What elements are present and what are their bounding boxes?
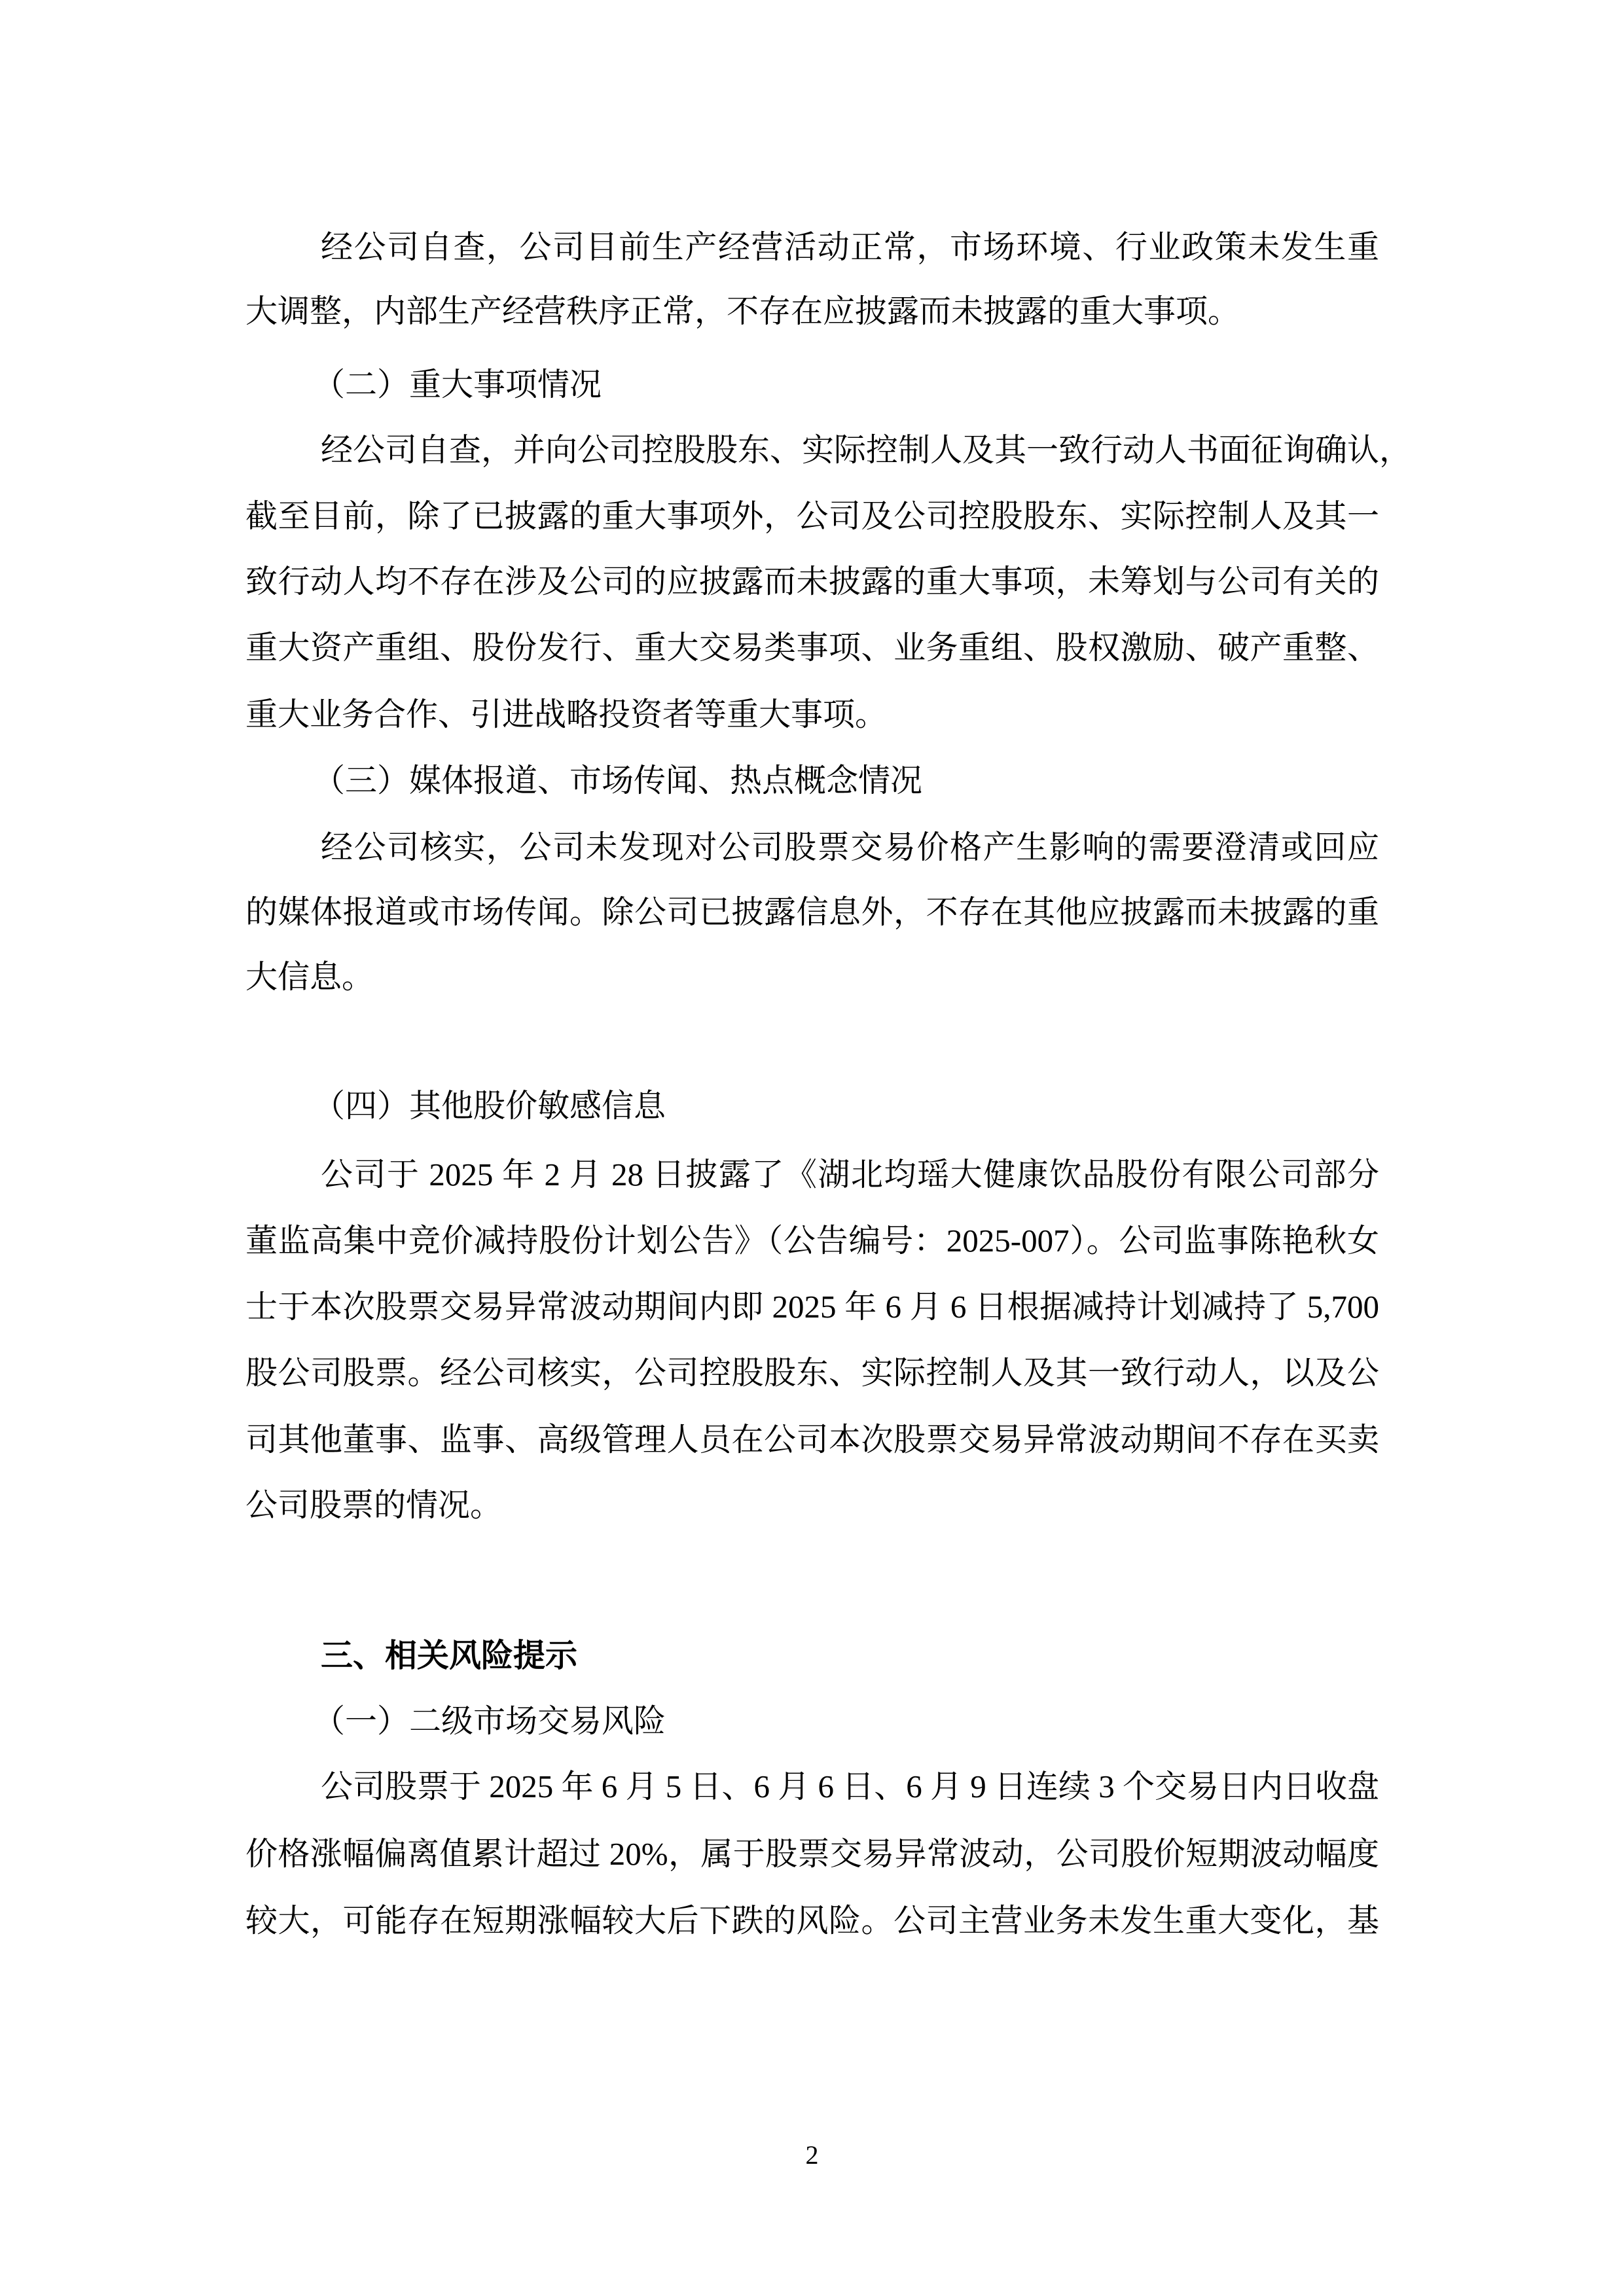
paragraph-line: 公司于 2025 年 2 月 28 日披露了《湖北均瑶大健康饮品股份有限公司部分 xyxy=(321,1155,1379,1194)
paragraph-line: 司其他董事、监事、高级管理人员在公司本次股票交易异常波动期间不存在买卖 xyxy=(245,1420,1379,1460)
paragraph-line: 大信息。 xyxy=(245,958,1379,997)
paragraph-line: 董监高集中竞价减持股份计划公告》（公告编号：2025-007）。公司监事陈艳秋女 xyxy=(245,1221,1379,1261)
paragraph-line: 致行动人均不存在涉及公司的应披露而未披露的重大事项，未筹划与公司有关的 xyxy=(245,562,1379,601)
paragraph-line: 重大业务合作、引进战略投资者等重大事项。 xyxy=(245,695,1379,734)
paragraph-line: 大调整，内部生产经营秩序正常，不存在应披露而未披露的重大事项。 xyxy=(245,292,1379,331)
paragraph-line: 经公司自查，公司目前生产经营活动正常，市场环境、行业政策未发生重 xyxy=(321,228,1379,267)
paragraph-line: 的媒体报道或市场传闻。除公司已披露信息外，不存在其他应披露而未披露的重 xyxy=(245,893,1379,932)
paragraph-line: 经公司自查，并向公司控股股东、实际控制人及其一致行动人书面征询确认， xyxy=(321,431,1379,470)
paragraph-line: 股公司股票。经公司核实，公司控股股东、实际控制人及其一致行动人，以及公 xyxy=(245,1354,1379,1393)
paragraph-line: 公司股票的情况。 xyxy=(245,1486,1379,1525)
subheading-secondary-market-risk: （一）二级市场交易风险 xyxy=(313,1702,666,1741)
section-heading-risk-warning: 三、相关风险提示 xyxy=(321,1636,577,1676)
paragraph-line: 价格涨幅偏离值累计超过 20%，属于股票交易异常波动，公司股价短期波动幅度 xyxy=(245,1835,1379,1874)
paragraph-line: 经公司核实，公司未发现对公司股票交易价格产生影响的需要澄清或回应 xyxy=(321,828,1379,867)
paragraph-line: 较大，可能存在短期涨幅较大后下跌的风险。公司主营业务未发生重大变化，基 xyxy=(245,1901,1379,1941)
paragraph-line: 公司股票于 2025 年 6 月 5 日、6 月 6 日、6 月 9 日连续 3… xyxy=(321,1767,1379,1806)
paragraph-line: 士于本次股票交易异常波动期间内即 2025 年 6 月 6 日根据减持计划减持了… xyxy=(245,1287,1379,1327)
subheading-media-reports: （三）媒体报道、市场传闻、热点概念情况 xyxy=(313,761,922,800)
subheading-price-sensitive-info: （四）其他股价敏感信息 xyxy=(313,1086,666,1126)
paragraph-line: 截至目前，除了已披露的重大事项外，公司及公司控股股东、实际控制人及其一 xyxy=(245,497,1379,536)
paragraph-line: 重大资产重组、股份发行、重大交易类事项、业务重组、股权激励、破产重整、 xyxy=(245,628,1379,668)
subheading-major-matters: （二）重大事项情况 xyxy=(313,365,602,404)
page-number: 2 xyxy=(0,2139,1624,2172)
document-page: 经公司自查，公司目前生产经营活动正常，市场环境、行业政策未发生重 大调整，内部生… xyxy=(0,0,1624,2296)
